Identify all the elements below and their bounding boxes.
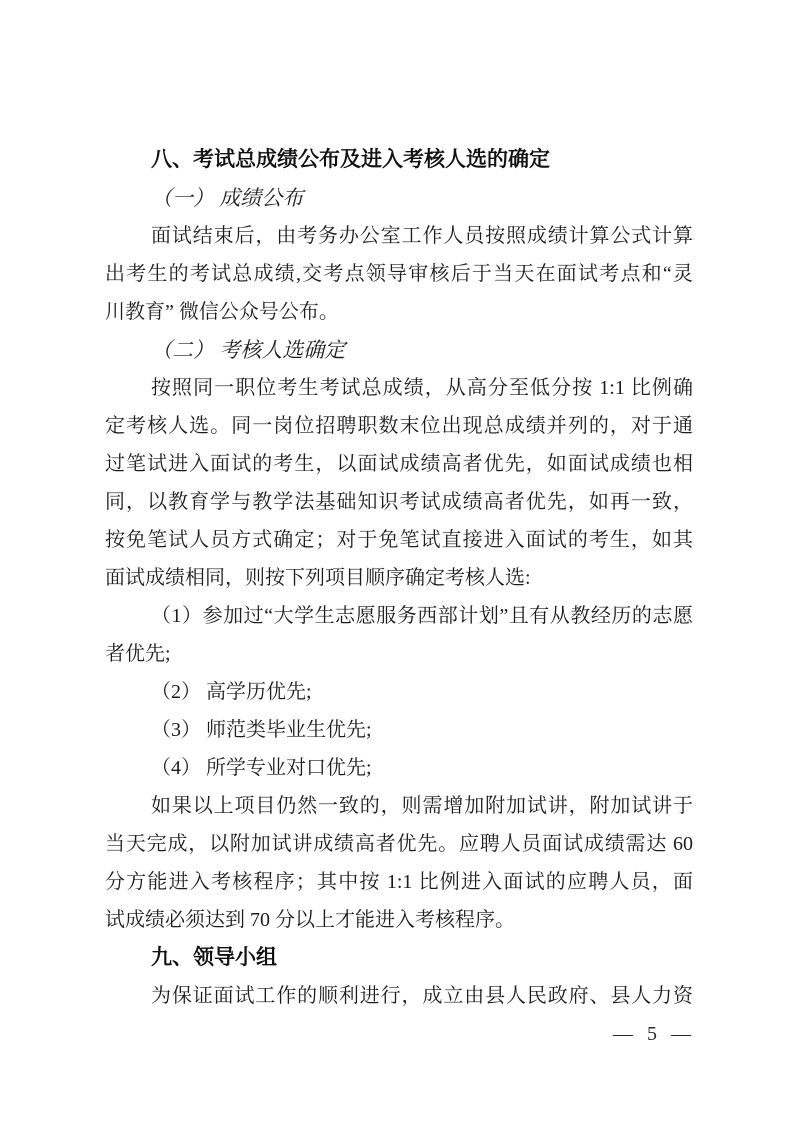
list-item-line: （4） 所学专业对口优先;: [105, 749, 693, 787]
paragraph-line: 分方能进入考核程序；其中按 1:1 比例进入面试的应聘人员，面: [105, 863, 693, 901]
paragraph-line: 川教育” 微信公众号公布。: [105, 293, 693, 331]
paragraph-line: 按免笔试人员方式确定；对于免笔试直接进入面试的考生，如其: [105, 521, 693, 559]
subheading-score-announcement: （一） 成绩公布: [105, 179, 693, 217]
paragraph-line: 为保证面试工作的顺利进行，成立由县人民政府、县人力资: [105, 977, 693, 1015]
paragraph-line: 面试成绩相同，则按下列项目顺序确定考核人选:: [105, 559, 693, 597]
paragraph-line: 同，以教育学与教学法基础知识考试成绩高者优先，如再一致，: [105, 483, 693, 521]
paragraph-line: 过笔试进入面试的考生，以面试成绩高者优先，如面试成绩也相: [105, 445, 693, 483]
document-content: 八、考试总成绩公布及进入考核人选的确定 （一） 成绩公布 面试结束后，由考务办公…: [105, 141, 693, 1053]
paragraph-line: 出考生的考试总成绩,交考点领导审核后于当天在面试考点和“灵: [105, 255, 693, 293]
list-item-line: 者优先;: [105, 635, 693, 673]
paragraph-line: 如果以上项目仍然一致的，则需增加附加试讲，附加试讲于: [105, 787, 693, 825]
paragraph-line: 按照同一职位考生考试总成绩，从高分至低分按 1:1 比例确: [105, 369, 693, 407]
list-item-line: （1）参加过“大学生志愿服务西部计划”且有从教经历的志愿: [105, 597, 693, 635]
paragraph-line: 试成绩必须达到 70 分以上才能进入考核程序。: [105, 901, 693, 939]
section-heading-9: 九、领导小组: [105, 939, 693, 977]
list-item-line: （3） 师范类毕业生优先;: [105, 711, 693, 749]
page-number: — 5 —: [105, 1015, 693, 1053]
paragraph-line: 定考核人选。同一岗位招聘职数末位出现总成绩并列的，对于通: [105, 407, 693, 445]
document-page: 八、考试总成绩公布及进入考核人选的确定 （一） 成绩公布 面试结束后，由考务办公…: [0, 0, 794, 1123]
paragraph-line: 当天完成，以附加试讲成绩高者优先。应聘人员面试成绩需达 60: [105, 825, 693, 863]
paragraph-line: 面试结束后，由考务办公室工作人员按照成绩计算公式计算: [105, 217, 693, 255]
subheading-candidate-selection: （二） 考核人选确定: [105, 331, 693, 369]
list-item-line: （2） 高学历优先;: [105, 673, 693, 711]
section-heading-8: 八、考试总成绩公布及进入考核人选的确定: [105, 141, 693, 179]
